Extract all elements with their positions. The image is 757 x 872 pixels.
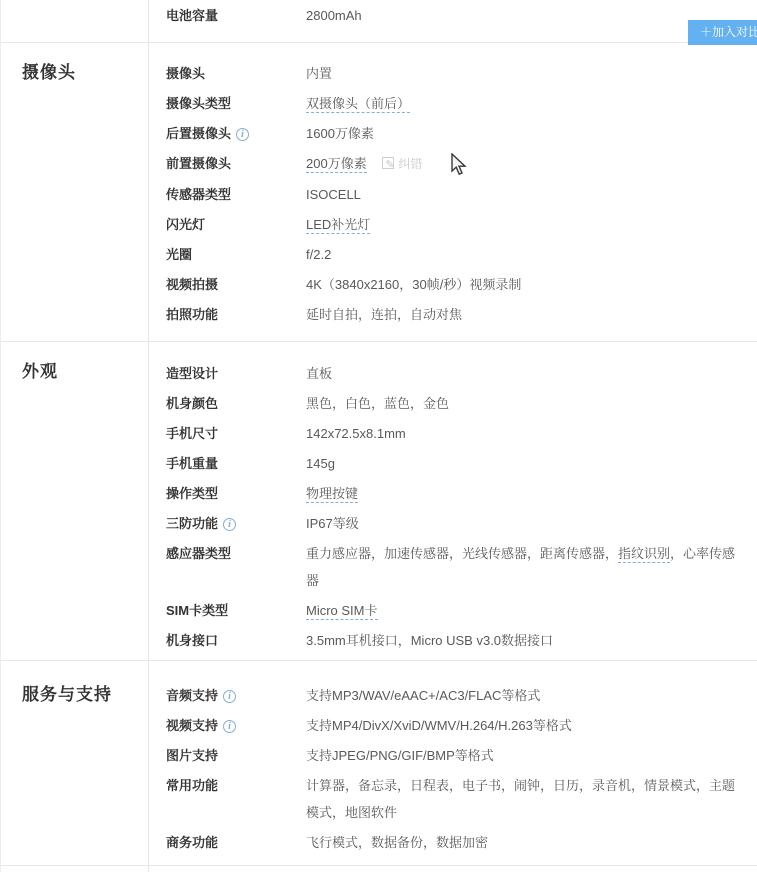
spec-label: 手机重量 [166,450,306,477]
spec-row: 拍照功能 延时自拍，连拍，自动对焦 [166,299,744,329]
section-camera: 摄像头 摄像头 内置 摄像头类型 双摄像头（前后） 后置摄像头i 1600万像素… [1,43,757,342]
info-icon[interactable]: i [223,518,236,531]
section-side-cell [1,0,149,42]
spec-value: Micro SIM卡 [306,597,744,624]
section-battery-partial: 电池容量 2800mAh [1,0,757,43]
spec-label: 造型设计 [166,360,306,387]
mouse-cursor [451,153,467,176]
tooltip-term[interactable]: Micro SIM卡 [306,603,378,620]
spec-value: 支持JPEG/PNG/GIF/BMP等格式 [306,742,744,769]
spec-label: 感应器类型 [166,540,306,594]
spec-row: 电池容量 2800mAh [166,0,744,30]
spec-value: 物理按键 [306,480,744,507]
spec-label: 摄像头类型 [166,90,306,117]
spec-label: 光圈 [166,241,306,268]
info-icon[interactable]: i [223,690,236,703]
spec-row: 光圈 f/2.2 [166,239,744,269]
spec-row: 常用功能 计算器，备忘录，日程表，电子书，闹钟，日历，录音机，情景模式，主题模式… [166,770,744,827]
tooltip-term[interactable]: 指纹识别 [618,546,670,563]
section-side-cell: 外观 [1,342,149,660]
spec-row: 闪光灯 LED补光灯 [166,209,744,239]
section-service: 服务与支持 音频支持i 支持MP3/WAV/eAAC+/AC3/FLAC等格式 … [1,661,757,866]
spec-value: LED补光灯 [306,211,744,238]
section-title: 摄像头 [1,43,148,83]
spec-label: 常用功能 [166,772,306,826]
spec-label: 视频支持i [166,712,306,739]
spec-value: 延时自拍，连拍，自动对焦 [306,301,744,328]
spec-value: 支持MP4/DivX/XviD/WMV/H.264/H.263等格式 [306,712,744,739]
spec-label: 机身接口 [166,627,306,654]
spec-value: 200万像素 ✎纠错 [306,150,744,178]
spec-row: 音频支持i 支持MP3/WAV/eAAC+/AC3/FLAC等格式 [166,680,744,710]
spec-label: 拍照功能 [166,301,306,328]
spec-row: 机身接口 3.5mm耳机接口，Micro USB v3.0数据接口 [166,625,744,655]
spec-label: SIM卡类型 [166,597,306,624]
spec-row: 造型设计 直板 [166,358,744,388]
spec-label: 图片支持 [166,742,306,769]
spec-value: 重力感应器，加速传感器，光线传感器，距离传感器，指纹识别，心率传感器 [306,540,744,594]
spec-row: SIM卡类型 Micro SIM卡 [166,595,744,625]
spec-value: 2800mAh [306,2,744,29]
spec-value: 计算器，备忘录，日程表，电子书，闹钟，日历，录音机，情景模式，主题模式，地图软件 [306,772,744,826]
spec-value: 内置 [306,60,744,87]
next-section-peek [1,866,757,872]
info-icon[interactable]: i [223,720,236,733]
spec-page: ＋加入对比 电池容量 2800mAh 摄像头 [0,0,757,872]
spec-label: 后置摄像头i [166,120,306,147]
section-title: 外观 [1,342,148,382]
spec-value: 142x72.5x8.1mm [306,420,744,447]
spec-row: 机身颜色 黑色，白色，蓝色，金色 [166,388,744,418]
spec-row: 操作类型 物理按键 [166,478,744,508]
spec-label: 音频支持i [166,682,306,709]
spec-label: 三防功能i [166,510,306,537]
spec-label: 视频拍摄 [166,271,306,298]
section-side-cell: 服务与支持 [1,661,149,865]
spec-row: 后置摄像头i 1600万像素 [166,118,744,148]
spec-value: f/2.2 [306,241,744,268]
section-appearance: 外观 造型设计 直板 机身颜色 黑色，白色，蓝色，金色 手机尺寸 142x72.… [1,342,757,661]
spec-row: 图片支持 支持JPEG/PNG/GIF/BMP等格式 [166,740,744,770]
info-icon[interactable]: i [236,128,249,141]
tooltip-term[interactable]: LED补光灯 [306,217,370,234]
spec-value: 黑色，白色，蓝色，金色 [306,390,744,417]
edit-pencil-icon: ✎ [382,157,394,169]
spec-value: 4K（3840x2160，30帧/秒）视频录制 [306,271,744,298]
add-to-compare-button[interactable]: ＋加入对比 [688,20,757,45]
spec-row: 手机重量 145g [166,448,744,478]
spec-value: 支持MP3/WAV/eAAC+/AC3/FLAC等格式 [306,682,744,709]
spec-row: 手机尺寸 142x72.5x8.1mm [166,418,744,448]
tooltip-term[interactable]: 双摄像头（前后） [306,96,410,113]
section-title: 服务与支持 [1,661,148,705]
spec-label: 闪光灯 [166,211,306,238]
spec-label: 手机尺寸 [166,420,306,447]
spec-row: 摄像头 内置 [166,58,744,88]
spec-row: 视频拍摄 4K（3840x2160，30帧/秒）视频录制 [166,269,744,299]
spec-label: 电池容量 [166,2,306,29]
spec-value: ISOCELL [306,181,744,208]
spec-value: IP67等级 [306,510,744,537]
spec-value: 145g [306,450,744,477]
spec-row: 摄像头类型 双摄像头（前后） [166,88,744,118]
spec-row: 传感器类型 ISOCELL [166,179,744,209]
spec-row: 商务功能 飞行模式，数据备份，数据加密 [166,827,744,857]
spec-label: 传感器类型 [166,181,306,208]
spec-row: 三防功能i IP67等级 [166,508,744,538]
spec-label: 机身颜色 [166,390,306,417]
spec-table: 电池容量 2800mAh 摄像头 摄像头 内置 摄像头类型 [0,0,757,872]
spec-label: 摄像头 [166,60,306,87]
spec-value: 3.5mm耳机接口，Micro USB v3.0数据接口 [306,627,744,654]
correction-link[interactable]: ✎纠错 [382,157,422,171]
spec-value: 1600万像素 [306,120,744,147]
tooltip-term[interactable]: 200万像素 [306,156,367,173]
spec-label: 操作类型 [166,480,306,507]
spec-label: 商务功能 [166,829,306,856]
tooltip-term[interactable]: 物理按键 [306,486,358,503]
spec-row: 感应器类型 重力感应器，加速传感器，光线传感器，距离传感器，指纹识别，心率传感器 [166,538,744,595]
spec-value: 飞行模式，数据备份，数据加密 [306,829,744,856]
spec-value: 直板 [306,360,744,387]
section-side-cell: 摄像头 [1,43,149,341]
spec-value: 双摄像头（前后） [306,90,744,117]
spec-row: 视频支持i 支持MP4/DivX/XviD/WMV/H.264/H.263等格式 [166,710,744,740]
spec-label: 前置摄像头 [166,150,306,178]
